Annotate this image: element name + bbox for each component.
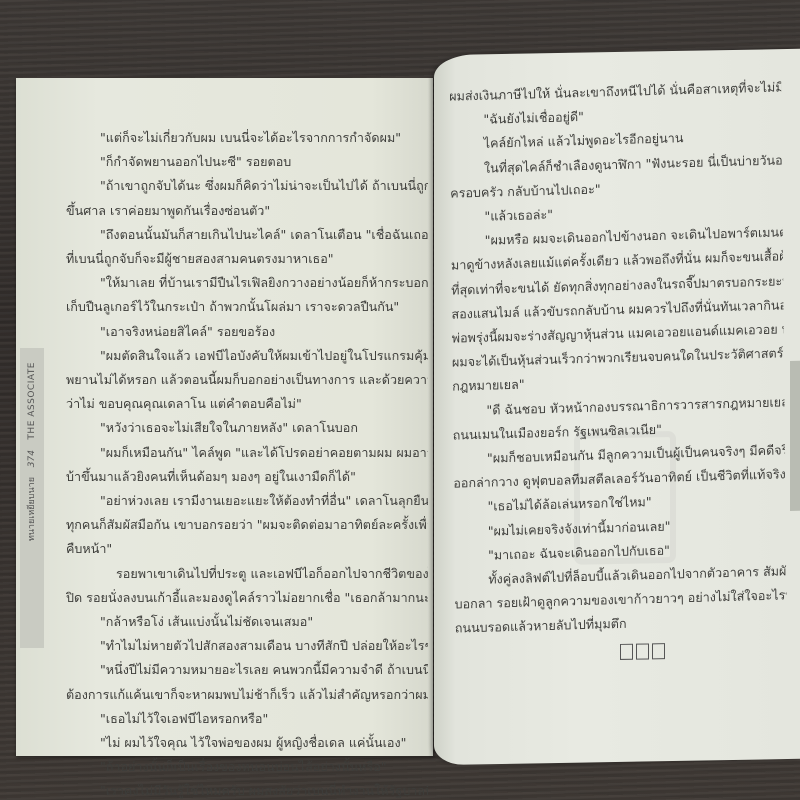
end-square-icon — [652, 643, 665, 659]
text-line: ทุกคนก็สัมผัสมือกัน เขาบอกรอยว่า "ผมจะติ… — [66, 513, 428, 537]
text-line: ที่เบนนี่ถูกจับก็จะมีผู้ชายสองสามคนตรงมา… — [66, 247, 428, 271]
chapter-end-marker — [620, 643, 665, 660]
text-line: "แต่ก็จะไม่เกี่ยวกับผม เบนนี่จะได้อะไรจา… — [66, 126, 428, 150]
running-head-thai-title: ทนายเหยียบนาย — [26, 477, 38, 541]
end-square-icon — [636, 643, 649, 659]
text-line: "ผมตัดสินใจแล้ว เอฟบีไอบังคับให้ผมเข้าไป… — [66, 344, 428, 368]
right-page-body-text: ผมส่งเงินภาษีไปให้ นั่นละเขาถึงหนีไปได้ … — [449, 75, 787, 641]
right-page: ผมส่งเงินภาษีไปให้ นั่นละเขาถึงหนีไปได้ … — [434, 49, 800, 765]
text-line: "เธอไม่ไว้ใจเอฟบีไอหรอกหรือ" — [66, 707, 428, 731]
text-line: "กล้าหรือโง่ เส้นแบ่งนั้นไม่ชัดเจนเสมอ" — [66, 610, 428, 634]
text-line: ต้องการแก้แค้นเขาก็จะหาผมพบไม่ช้าก็เร็ว … — [66, 683, 428, 707]
text-line: "ทำไมไม่หายตัวไปสักสองสามเดือน บางทีสักป… — [66, 634, 428, 658]
running-head-tab: THE ASSOCIATE 374 ทนายเหยียบนาย — [20, 348, 44, 648]
text-line: "ถ้าเขาถูกจับได้นะ ซึ่งผมก็คิดว่าไม่น่าจ… — [66, 174, 428, 198]
text-line: "ถ้าอย่างนั้นก็เป็นเรื่องของหนอนบ่อนไส้อ… — [66, 755, 428, 779]
text-line: เก็บปืนลูเกอร์ไว้ในกระเป๋า ถ้าพวกนั้นโผล… — [66, 295, 428, 319]
text-line: "ให้มาเลย ที่บ้านเรามีปืนไรเฟิลยิงกวางอย… — [66, 271, 428, 295]
text-line: บ้าขึ้นมาแล้วยิงคนที่เห็นด้อมๆ มองๆ อยู่… — [66, 465, 428, 489]
text-line: "อย่าห่วงเลย เรามีงานเยอะแยะให้ต้องทำที่… — [66, 489, 428, 513]
text-line: คืบหน้า" — [66, 537, 428, 561]
left-page-body-text: "แต่ก็จะไม่เกี่ยวกับผม เบนนี่จะได้อะไรจา… — [66, 126, 428, 800]
text-line: "ก็กำจัดพยานออกไปนะซี" รอยตอบ — [66, 150, 428, 174]
text-line: "ถึงตอนนั้นมันก็สายเกินไปนะไคล์" เดลาโนเ… — [66, 223, 428, 247]
text-line: ปิด รอยนั่งลงบนเก้าอี้และมองดูไคล์ราวไม่… — [66, 586, 428, 610]
right-page-edge-tab — [790, 361, 800, 511]
text-line: "เอาจริงหน่อยสิไคล์" รอยขอร้อง — [66, 320, 428, 344]
text-line: ขึ้นศาล เราค่อยมาพูดกันเรื่องซ่อนตัว" — [66, 199, 428, 223]
text-line: "ไม่ ผมไว้ใจคุณ ไว้ใจพ่อของผม ผู้หญิงชื่… — [66, 731, 428, 755]
text-line: ว่าไม่ ขอบคุณคุณเดลาโน แต่คำตอบคือไม่" — [66, 392, 428, 416]
text-line: "เราคงไม่มีวันรู้ใช่ไหมครับ ผมสงสัยว่าเบ… — [66, 779, 428, 800]
text-line: "หนึ่งปีไม่มีความหมายอะไรเลย คนพวกนี้มีค… — [66, 658, 428, 682]
text-line: รอยพาเขาเดินไปที่ประตู และเอฟบีไอก็ออกไป… — [66, 562, 428, 586]
running-head-book-title: THE ASSOCIATE — [26, 362, 38, 440]
text-line: "ผมก็เหมือนกัน" ไคล์พูด "และได้โปรดอย่าค… — [66, 441, 428, 465]
left-page: THE ASSOCIATE 374 ทนายเหยียบนาย "แต่ก็จะ… — [16, 78, 433, 756]
text-line: พยานไม่ได้หรอก แล้วตอนนี้ผมก็บอกอย่างเป็… — [66, 368, 428, 392]
end-square-icon — [620, 644, 633, 660]
text-line: "หวังว่าเธอจะไม่เสียใจในภายหลัง" เดลาโนบ… — [66, 416, 428, 440]
page-number: 374 — [26, 450, 38, 467]
